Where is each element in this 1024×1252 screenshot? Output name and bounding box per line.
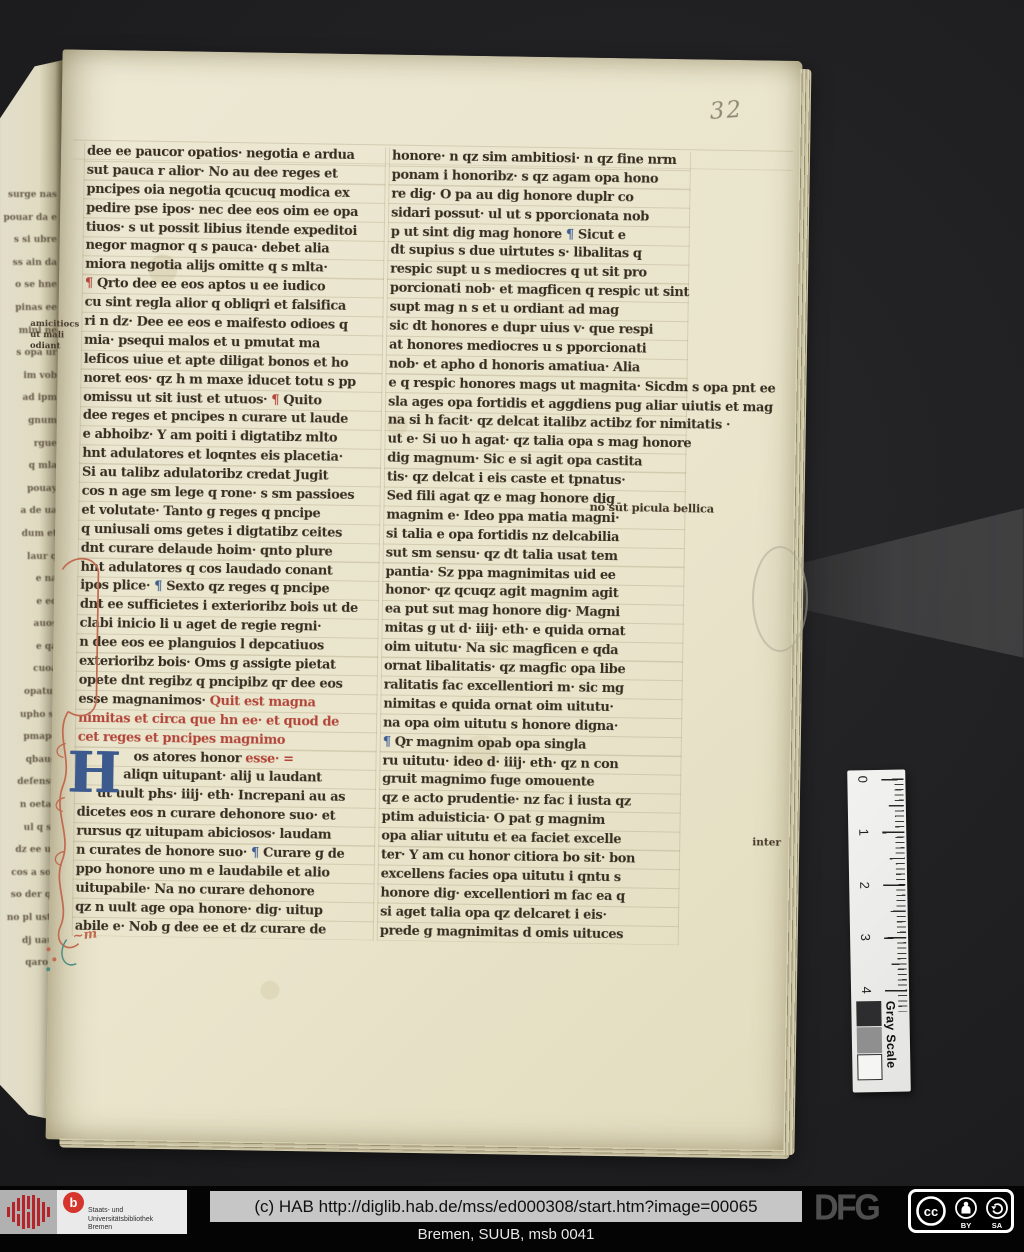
margin-note-inter: inter [752, 836, 781, 848]
suub-rose-logo-icon [5, 1194, 51, 1230]
illuminated-initial: H [67, 744, 126, 807]
folio-number: 32 [709, 97, 744, 125]
svg-text:cc: cc [924, 1204, 938, 1219]
library-logo-panel [0, 1190, 57, 1234]
margin-note-left: amicitiocsut maliodiant [30, 319, 83, 353]
ruler-numbers: 01234 [847, 770, 905, 771]
gray-swatch-mid [857, 1027, 882, 1053]
text-column-left: dee ee paucor opatios· negotia e arduasu… [72, 143, 386, 941]
cc-by-icon [954, 1196, 978, 1220]
page-holder-loop [752, 546, 808, 652]
cc-sa-icon [985, 1196, 1009, 1220]
text-column-right: honore· n qz sim ambitiosi· n qz fine nr… [377, 148, 691, 946]
ruler-ticks-cm [881, 779, 907, 1012]
photo-stage: surge naspouar da es si ubress ain dao s… [0, 0, 1024, 1186]
gray-swatch-dark [856, 1001, 881, 1026]
dfg-logo: DFG [814, 1187, 878, 1229]
library-name-panel: b Staats- undUniversitätsbibliothekBreme… [57, 1190, 187, 1234]
copyright-text: (c) HAB http://diglib.hab.de/mss/ed00030… [210, 1191, 802, 1222]
gray-scale-ruler: 01234 Gray Scale [847, 770, 911, 1093]
footer-bar: b Staats- undUniversitätsbibliothekBreme… [0, 1186, 1024, 1252]
library-name: Staats- undUniversitätsbibliothekBremen [88, 1207, 153, 1233]
bremen-b-icon: b [63, 1192, 84, 1213]
cc-license-badge: cc BY SA [908, 1189, 1014, 1233]
margin-note-right: nō sūt picula bellica [589, 500, 714, 516]
cc-by-label: BY [955, 1221, 977, 1230]
manuscript-page: 32 dee ee paucor opatios· negotia e ardu… [46, 49, 803, 1150]
cc-sa-label: SA [986, 1221, 1008, 1230]
gray-swatch-white [857, 1054, 882, 1080]
shelfmark-text: Bremen, SUUB, msb 0041 [210, 1226, 802, 1243]
gray-scale-label: Gray Scale [883, 1001, 899, 1091]
page-holder-strap [790, 498, 1024, 668]
cc-icon: cc [915, 1195, 947, 1227]
